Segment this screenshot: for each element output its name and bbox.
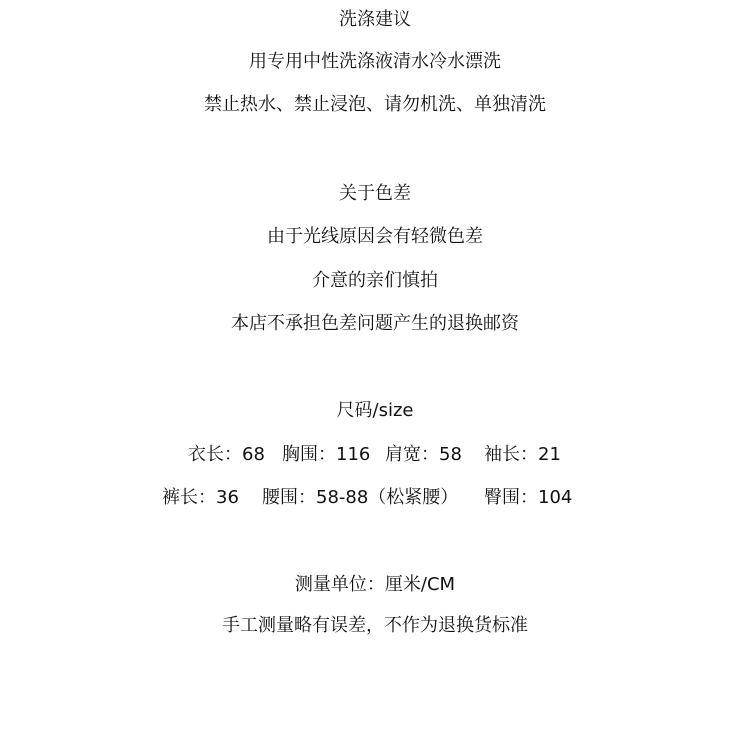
size-value: 21 xyxy=(538,444,561,465)
size-value: 116 xyxy=(336,444,370,465)
separator: ： xyxy=(198,487,216,508)
color-difference-line-2: 介意的亲们慎拍 xyxy=(0,269,750,293)
size-label: 腰围 xyxy=(262,487,298,508)
size-label: 肩宽 xyxy=(385,444,421,465)
color-difference-title: 关于色差 xyxy=(0,182,750,206)
size-label: 裤长 xyxy=(162,487,198,508)
size-label: 袖长 xyxy=(484,444,520,465)
separator: ： xyxy=(298,487,316,508)
measurement-note: 手工测量略有误差，不作为退换货标准 xyxy=(0,614,750,638)
washing-line-2: 禁止热水、禁止浸泡、请勿机洗、单独清洗 xyxy=(0,93,750,117)
separator: ： xyxy=(224,444,242,465)
separator: ： xyxy=(318,444,336,465)
size-label: 衣长 xyxy=(188,444,224,465)
size-item-waist: 腰围：58-88（松紧腰） xyxy=(262,486,458,510)
washing-line-1: 用专用中性洗涤液清水冷水漂洗 xyxy=(0,50,750,74)
size-item-chest: 胸围：116 xyxy=(282,443,370,467)
size-title: 尺码/size xyxy=(0,399,750,423)
color-difference-line-3: 本店不承担色差问题产生的退换邮资 xyxy=(0,312,750,336)
size-label: 胸围 xyxy=(282,444,318,465)
measurement-unit: 测量单位：厘米/CM xyxy=(0,573,750,597)
size-value: 58 xyxy=(439,444,462,465)
size-item-pants-length: 裤长：36 xyxy=(162,486,239,510)
size-value: 36 xyxy=(216,487,239,508)
size-value: 58-88（松紧腰） xyxy=(316,487,458,508)
size-value: 68 xyxy=(242,444,265,465)
size-item-sleeve: 袖长：21 xyxy=(484,443,561,467)
separator: ： xyxy=(421,444,439,465)
size-item-hip: 臀围：104 xyxy=(484,486,572,510)
separator: ： xyxy=(520,487,538,508)
size-item-shoulder: 肩宽：58 xyxy=(385,443,462,467)
size-item-length: 衣长：68 xyxy=(188,443,265,467)
separator: ： xyxy=(520,444,538,465)
washing-title: 洗涤建议 xyxy=(0,8,750,32)
color-difference-line-1: 由于光线原因会有轻微色差 xyxy=(0,225,750,249)
size-label: 臀围 xyxy=(484,487,520,508)
size-value: 104 xyxy=(538,487,572,508)
